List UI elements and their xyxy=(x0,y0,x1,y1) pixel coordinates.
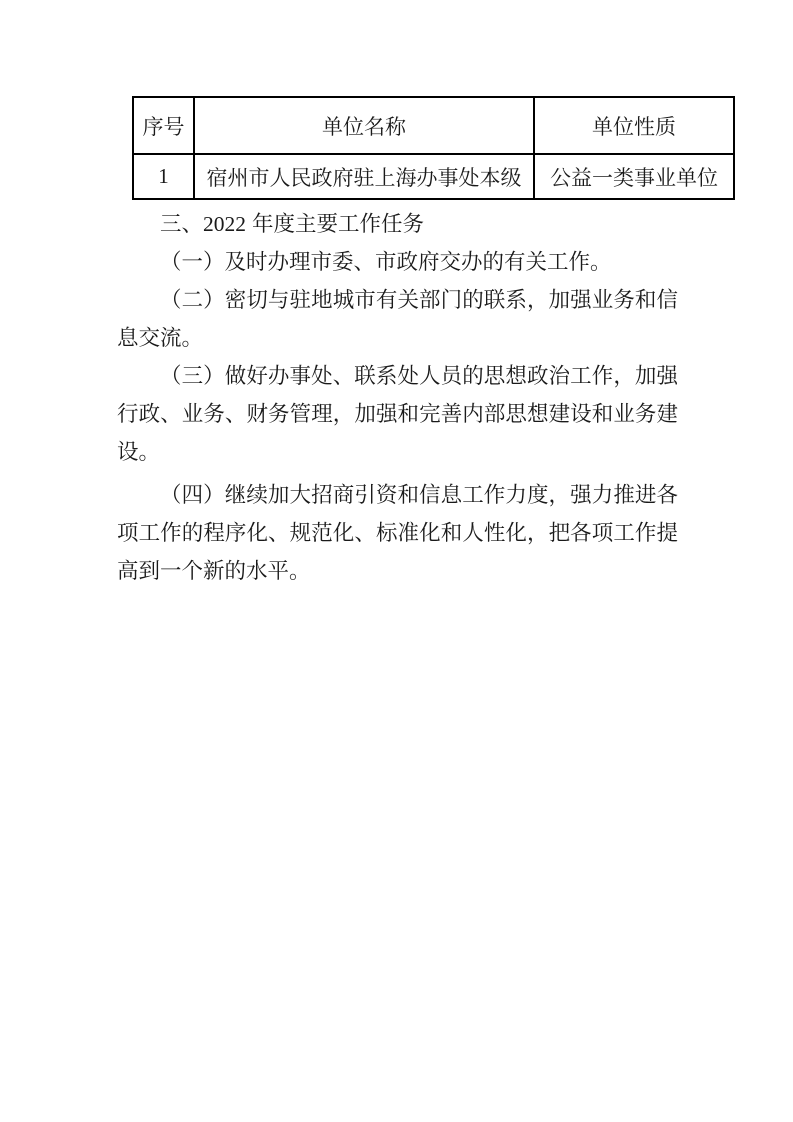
text-line: （三）做好办事处、联系处人员的思想政治工作，加强 xyxy=(117,357,678,395)
table-header-unit-name: 单位名称 xyxy=(194,97,534,154)
paragraph-2: （二）密切与驻地城市有关部门的联系，加强业务和信 息交流。 xyxy=(117,281,678,357)
table-row: 1 宿州市人民政府驻上海办事处本级 公益一类事业单位 xyxy=(133,154,734,199)
heading-suffix: 年度主要工作任务 xyxy=(246,212,424,236)
section-body: 三、2022 年度主要工作任务 （一）及时办理市委、市政府交办的有关工作。 （二… xyxy=(117,198,678,590)
paragraph-1: （一）及时办理市委、市政府交办的有关工作。 xyxy=(117,243,678,281)
table-header-index: 序号 xyxy=(133,97,194,154)
unit-table: 序号 单位名称 单位性质 1 宿州市人民政府驻上海办事处本级 公益一类事业单位 xyxy=(132,96,735,200)
cell-unit-name: 宿州市人民政府驻上海办事处本级 xyxy=(194,154,534,199)
table-header-unit-type: 单位性质 xyxy=(534,97,734,154)
text-line: 息交流。 xyxy=(117,319,678,357)
document-page: 序号 单位名称 单位性质 1 宿州市人民政府驻上海办事处本级 公益一类事业单位 … xyxy=(0,0,793,1122)
text-line: 设。 xyxy=(117,433,678,471)
text-line: 行政、业务、财务管理，加强和完善内部思想建设和业务建 xyxy=(117,395,678,433)
heading-year: 2022 xyxy=(203,212,246,236)
text-line: 项工作的程序化、规范化、标准化和人性化，把各项工作提 xyxy=(117,514,678,552)
table-header-row: 序号 单位名称 单位性质 xyxy=(133,97,734,154)
heading-prefix: 三、 xyxy=(160,212,203,236)
text-line: 高到一个新的水平。 xyxy=(117,552,678,590)
paragraph-3: （三）做好办事处、联系处人员的思想政治工作，加强 行政、业务、财务管理，加强和完… xyxy=(117,357,678,471)
section-heading: 三、2022 年度主要工作任务 xyxy=(117,205,678,243)
text-line: （二）密切与驻地城市有关部门的联系，加强业务和信 xyxy=(117,281,678,319)
text-line: （四）继续加大招商引资和信息工作力度，强力推进各 xyxy=(117,476,678,514)
cell-index: 1 xyxy=(133,154,194,199)
cell-unit-type: 公益一类事业单位 xyxy=(534,154,734,199)
paragraph-4: （四）继续加大招商引资和信息工作力度，强力推进各 项工作的程序化、规范化、标准化… xyxy=(117,476,678,590)
text-line: （一）及时办理市委、市政府交办的有关工作。 xyxy=(117,243,678,281)
